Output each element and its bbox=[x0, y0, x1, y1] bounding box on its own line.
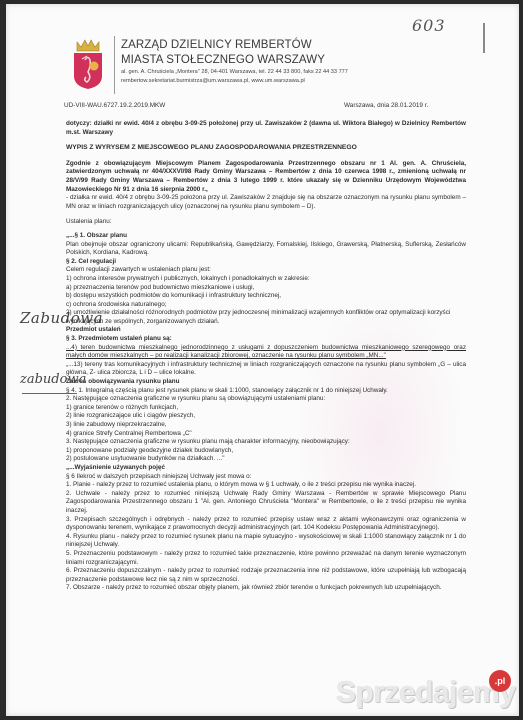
warsaw-coat-of-arms-icon bbox=[71, 38, 105, 90]
section-2-line: 2) umożliwienie działalności różnorodnyc… bbox=[66, 309, 466, 326]
section-2-line: Celem regulacji zawartych w ustaleniach … bbox=[66, 266, 466, 275]
section-4-para-2-item: 2) linie rozgraniczające ulic i ciągów p… bbox=[66, 412, 466, 421]
definition-item: 6. Przeznaczeniu dopuszczalnym - należy … bbox=[66, 567, 466, 584]
handwritten-underline bbox=[22, 393, 77, 394]
definitions-heading: „...Wyjaśnienie używanych pojęć bbox=[66, 464, 466, 473]
reference-number: UD-VIII-WAU.6727.19.2.2019.MKW bbox=[64, 102, 165, 109]
section-3-heading: § 3. Przedmiotem ustaleń planu są: bbox=[66, 335, 466, 344]
plot-designation: - działka nr ewid. 40/4 z obrębu 3-09-25… bbox=[66, 194, 466, 211]
section-1-text: Plan obejmuje obszar ograniczony ulicami… bbox=[66, 241, 466, 258]
margin-mark bbox=[483, 23, 485, 53]
document-date: Warszawa, dnia 28.01.2019 r. bbox=[344, 102, 428, 109]
org-name-line2: MIASTA STOŁECZNEGO WARSZAWY bbox=[121, 53, 348, 68]
handwritten-note: Zabudowa bbox=[20, 309, 103, 327]
org-name-line1: ZARZĄD DZIELNICY REMBERTÓW bbox=[121, 38, 348, 53]
watermark-badge: .pl bbox=[489, 670, 511, 692]
section-2-heading: § 2. Cel regulacji bbox=[66, 258, 466, 267]
section-4-para-2-item: 4) granice Strefy Centralnej Rembertowa … bbox=[66, 430, 466, 439]
section-2-line: a) przeznaczenia terenów pod budownictwo… bbox=[66, 284, 466, 293]
section-4-para-3-item: 2) postulowane usytuowanie budynków na d… bbox=[66, 455, 466, 464]
definition-item: 2. Uchwale - należy przez to rozumieć ni… bbox=[66, 490, 466, 516]
section-4-para-2-item: 1) granice terenów o różnych funkcjach, bbox=[66, 404, 466, 413]
handwritten-page-number: 603 bbox=[412, 16, 446, 35]
definition-item: 1. Planie - należy przez to rozumieć ust… bbox=[66, 481, 466, 490]
drawing-scope-heading: Zakres obowiązywania rysunku planu bbox=[66, 378, 466, 387]
scanned-document-page: 603 ZARZĄD DZIELNICY REMBERTÓW MIASTA ST… bbox=[6, 4, 519, 716]
section-2-line: b) dostępu wszystkich podmiotów do komun… bbox=[66, 292, 466, 301]
letterhead-divider bbox=[114, 36, 115, 94]
section-4-para-3-item: 1) proponowane podziały geodezyjne dział… bbox=[66, 447, 466, 456]
org-contact: rembertow.sekretariat.burmistrza@um.wars… bbox=[121, 77, 348, 86]
definition-item: 5. Przeznaczeniu podstawowym - należy pr… bbox=[66, 550, 466, 567]
definition-item: 3. Przepisach szczególnych i odrębnych -… bbox=[66, 516, 466, 533]
definition-item: 4. Rysunku planu - należy przez to rozum… bbox=[66, 533, 466, 550]
plan-findings-label: Ustalenia planu: bbox=[66, 218, 466, 227]
letterhead: ZARZĄD DZIELNICY REMBERTÓW MIASTA STOŁEC… bbox=[121, 38, 348, 86]
document-title: WYPIS Z WYRYSEM Z MIEJSCOWEGO PLANU ZAGO… bbox=[66, 144, 466, 153]
handwritten-note: zabudowa bbox=[20, 372, 86, 387]
subject-line: dotyczy: działki nr ewid. 40/4 z obrębu … bbox=[66, 120, 466, 137]
document-body: dotyczy: działki nr ewid. 40/4 z obrębu … bbox=[66, 120, 466, 593]
section-4-para-2-item: 3) linie zabudowy nieprzekraczalne, bbox=[66, 421, 466, 430]
section-3-item-13: „...13) tereny tras komunikacyjnych i in… bbox=[66, 361, 466, 378]
legal-basis: Zgodnie z obowiązującym Miejscowym Plane… bbox=[66, 160, 466, 194]
section-2-line: 1) ochrona interesów prywatnych i public… bbox=[66, 275, 466, 284]
section-6-intro: § 6 Ilekroć w dalszych przepisach niniej… bbox=[66, 473, 466, 482]
section-4-para-1: § 4. 1. Integralną częścią planu jest ry… bbox=[66, 387, 466, 396]
subject-of-findings-heading: Przedmiot ustaleń bbox=[66, 326, 466, 335]
section-4-para-2: 2. Następujące oznaczenia graficzne w ry… bbox=[66, 395, 466, 404]
definition-item: 7. Obszarze - należy przez to rozumieć o… bbox=[66, 584, 466, 593]
section-4-para-3: 3. Następujące oznaczenia graficzne w ry… bbox=[66, 438, 466, 447]
section-2-line: c) ochrona środowiska naturalnego; bbox=[66, 301, 466, 310]
org-address: al. gen. A. Chruściela „Montera" 28, 04-… bbox=[121, 68, 348, 77]
section-3-item-4: ...4) teren budownictwa mieszkalnego jed… bbox=[66, 344, 466, 361]
section-1-heading: „...§ 1. Obszar planu bbox=[66, 232, 466, 241]
